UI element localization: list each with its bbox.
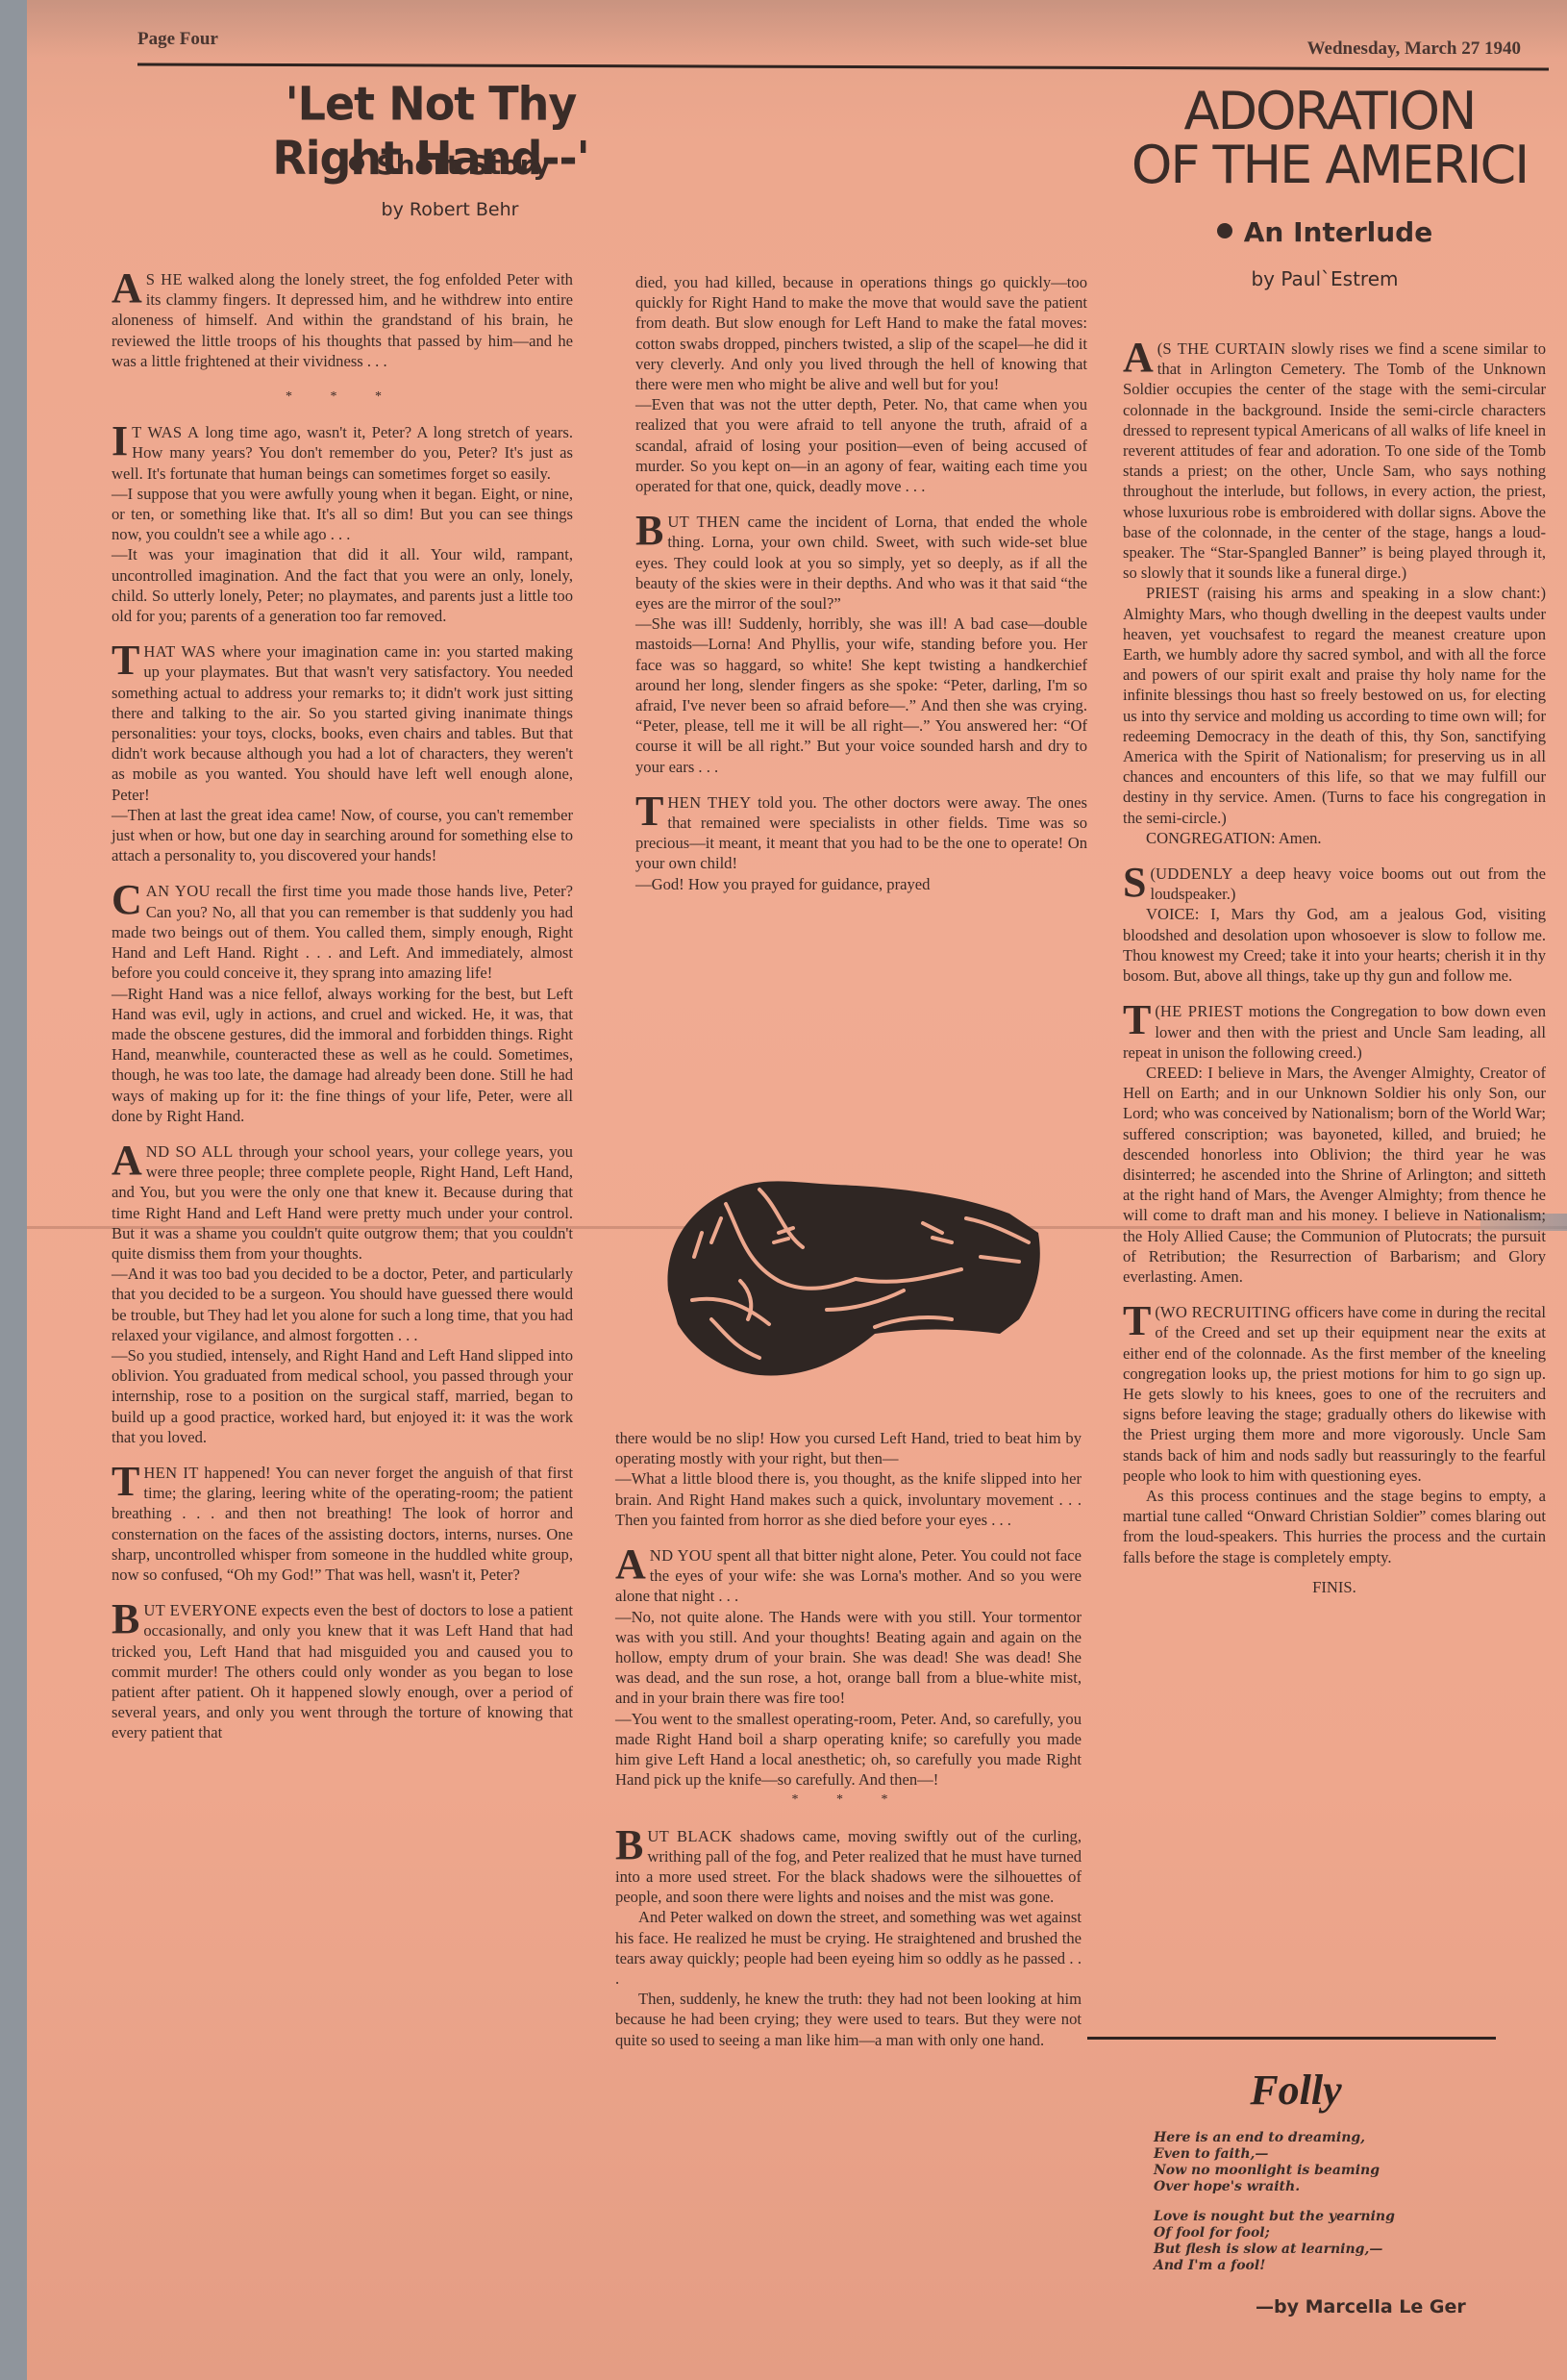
- interlude-column: (AS THE CURTAIN slowly rises we find a s…: [1123, 338, 1546, 1597]
- story-column-1: AS HE walked along the lonely street, th…: [112, 269, 573, 1759]
- lead-in: AN YOU: [146, 882, 211, 900]
- drop-cap: C: [112, 883, 142, 917]
- poem-stanza: Love is nought but the yearningOf fool f…: [1154, 2209, 1461, 2274]
- paragraph: BUT EVERYONE expects even the best of do…: [112, 1600, 573, 1742]
- story-column-2-top: died, you had killed, because in operati…: [635, 272, 1087, 894]
- drop-cap: B: [635, 514, 663, 548]
- issue-date: Wednesday, March 27 1940: [1307, 38, 1521, 60]
- paragraph: CREED: I believe in Mars, the Avenger Al…: [1123, 1063, 1546, 1287]
- interlude-byline: by Paul`Estrem: [1219, 267, 1430, 290]
- drop-cap: T: [112, 643, 139, 678]
- paragraph: AND SO ALL through your school years, yo…: [112, 1141, 573, 1264]
- drop-cap: T: [1123, 1304, 1151, 1339]
- poem-line: But flesh is slow at learning,—: [1154, 2242, 1461, 2258]
- lead-in: ND SO ALL: [146, 1142, 234, 1161]
- drop-cap: B: [112, 1602, 139, 1637]
- paragraph: THEN IT happened! You can never forget t…: [112, 1463, 573, 1585]
- poem-title: Folly: [1200, 2066, 1392, 2115]
- interlude-title-line-2: OF THE AMERICI: [1094, 138, 1565, 192]
- section-break-stars: * * *: [615, 1790, 1082, 1810]
- paragraph: AND YOU spent all that bitter night alon…: [615, 1545, 1082, 1607]
- drop-cap: S: [1123, 865, 1146, 900]
- lead-in: HE PRIEST: [1160, 1002, 1243, 1020]
- paragraph: As this process continues and the stage …: [1123, 1486, 1546, 1567]
- drop-cap: A: [112, 1143, 142, 1178]
- poem-line: Now no moonlight is beaming: [1154, 2163, 1461, 2179]
- paragraph: IT WAS A long time ago, wasn't it, Peter…: [112, 422, 573, 484]
- section-break-stars: * * *: [112, 387, 573, 407]
- lead-in: ND YOU: [650, 1546, 713, 1565]
- story-kind: Short Story: [296, 149, 604, 181]
- paragraph: (AS THE CURTAIN slowly rises we find a s…: [1123, 338, 1546, 583]
- poem-line: Love is nought but the yearning: [1154, 2209, 1461, 2225]
- drop-cap: A: [112, 271, 142, 306]
- story-column-2-bottom: there would be no slip! How you cursed L…: [615, 1428, 1082, 2050]
- story-kind-label: Short Story: [376, 149, 550, 181]
- interlude-kind: An Interlude: [1181, 216, 1469, 248]
- paragraph: THEN THEY told you. The other doctors we…: [635, 792, 1087, 874]
- story-byline: by Robert Behr: [354, 199, 546, 220]
- drop-cap: T: [112, 1465, 139, 1499]
- paragraph: —What a little blood there is, you thoug…: [615, 1468, 1082, 1530]
- paragraph: PRIEST (raising his arms and speaking in…: [1123, 583, 1546, 827]
- lead-in: UT THEN: [667, 513, 740, 531]
- paragraph: BUT THEN came the incident of Lorna, tha…: [635, 512, 1087, 614]
- lead-in: WO RECRUITING: [1160, 1303, 1291, 1321]
- drop-cap: T: [635, 794, 663, 829]
- lead-in: HEN THEY: [667, 793, 751, 812]
- interlude-title-line-1: ADORATION: [1094, 85, 1565, 138]
- poem-line: Of fool for fool;: [1154, 2225, 1461, 2242]
- paragraph: (TWO RECRUITING officers have come in du…: [1123, 1302, 1546, 1486]
- drop-cap: I: [112, 424, 128, 459]
- lead-in: HEN IT: [143, 1464, 198, 1482]
- paragraph: —Then at last the great idea came! Now, …: [112, 805, 573, 866]
- paragraph: —It was your imagination that did it all…: [112, 544, 573, 626]
- poem-body: Here is an end to dreaming,Even to faith…: [1154, 2130, 1461, 2288]
- paragraph: (THE PRIEST motions the Congregation to …: [1123, 1001, 1546, 1063]
- poem-line: And I'm a fool!: [1154, 2258, 1461, 2274]
- paragraph: THAT WAS where your imagination came in:…: [112, 641, 573, 805]
- paragraph: died, you had killed, because in operati…: [635, 272, 1087, 394]
- poem-line: Over hope's wraith.: [1154, 2179, 1461, 2195]
- paragraph: —Right Hand was a nice fellof, always wo…: [112, 984, 573, 1126]
- clasped-hands-woodcut-icon: [634, 1165, 1048, 1387]
- drop-cap: A: [1123, 340, 1154, 375]
- drop-cap: B: [615, 1828, 643, 1863]
- paragraph: VOICE: I, Mars thy God, am a jealous God…: [1123, 904, 1546, 986]
- paragraph: Then, suddenly, he knew the truth: they …: [615, 1989, 1082, 2050]
- paragraph: CONGREGATION: Amen.: [1123, 828, 1546, 848]
- lead-in: S THE CURTAIN: [1162, 339, 1285, 358]
- bullet-icon: [349, 156, 364, 171]
- paragraph: —Even that was not the utter depth, Pete…: [635, 394, 1087, 496]
- interlude-title: ADORATION OF THE AMERICI: [1094, 85, 1565, 192]
- closing-mark: FINIS.: [1123, 1577, 1546, 1597]
- lead-in: HAT WAS: [143, 642, 215, 661]
- newspaper-page: Page Four Wednesday, March 27 1940 'Let …: [27, 0, 1567, 2380]
- paragraph: BUT BLACK shadows came, moving swiftly o…: [615, 1826, 1082, 1908]
- poem-stanza: Here is an end to dreaming,Even to faith…: [1154, 2130, 1461, 2195]
- lead-in: UT BLACK: [647, 1827, 732, 1845]
- drop-cap: T: [1123, 1003, 1151, 1038]
- lead-in: UDDENLY: [1156, 864, 1233, 883]
- header-rule: [137, 63, 1549, 70]
- paragraph: —No, not quite alone. The Hands were wit…: [615, 1607, 1082, 1709]
- paragraph: —God! How you prayed for guidance, praye…: [635, 874, 1087, 894]
- paragraph: —I suppose that you were awfully young w…: [112, 484, 573, 545]
- lead-in: UT EVERYONE: [143, 1601, 257, 1619]
- poem-author: —by Marcella Le Ger: [1256, 2296, 1505, 2317]
- paragraph: there would be no slip! How you cursed L…: [615, 1428, 1082, 1468]
- paragraph: AS HE walked along the lonely street, th…: [112, 269, 573, 371]
- lead-in: T WAS A: [132, 423, 199, 441]
- bullet-icon: [1217, 223, 1232, 238]
- paragraph: —And it was too bad you decided to be a …: [112, 1264, 573, 1345]
- paragraph: CAN YOU recall the first time you made t…: [112, 881, 573, 983]
- paragraph: And Peter walked on down the street, and…: [615, 1907, 1082, 1989]
- paragraph: —You went to the smallest operating-room…: [615, 1709, 1082, 1791]
- interlude-kind-label: An Interlude: [1244, 216, 1432, 248]
- lead-in: S HE: [146, 270, 183, 288]
- poem-line: Here is an end to dreaming,: [1154, 2130, 1461, 2146]
- paragraph: —So you studied, intensely, and Right Ha…: [112, 1345, 573, 1447]
- page-label: Page Four: [137, 29, 218, 50]
- paragraph: (SUDDENLY a deep heavy voice booms out o…: [1123, 864, 1546, 904]
- poem-line: Even to faith,—: [1154, 2146, 1461, 2163]
- drop-cap: A: [615, 1547, 646, 1582]
- poem-rule: [1087, 2037, 1496, 2040]
- paragraph: —She was ill! Suddenly, horribly, she wa…: [635, 614, 1087, 777]
